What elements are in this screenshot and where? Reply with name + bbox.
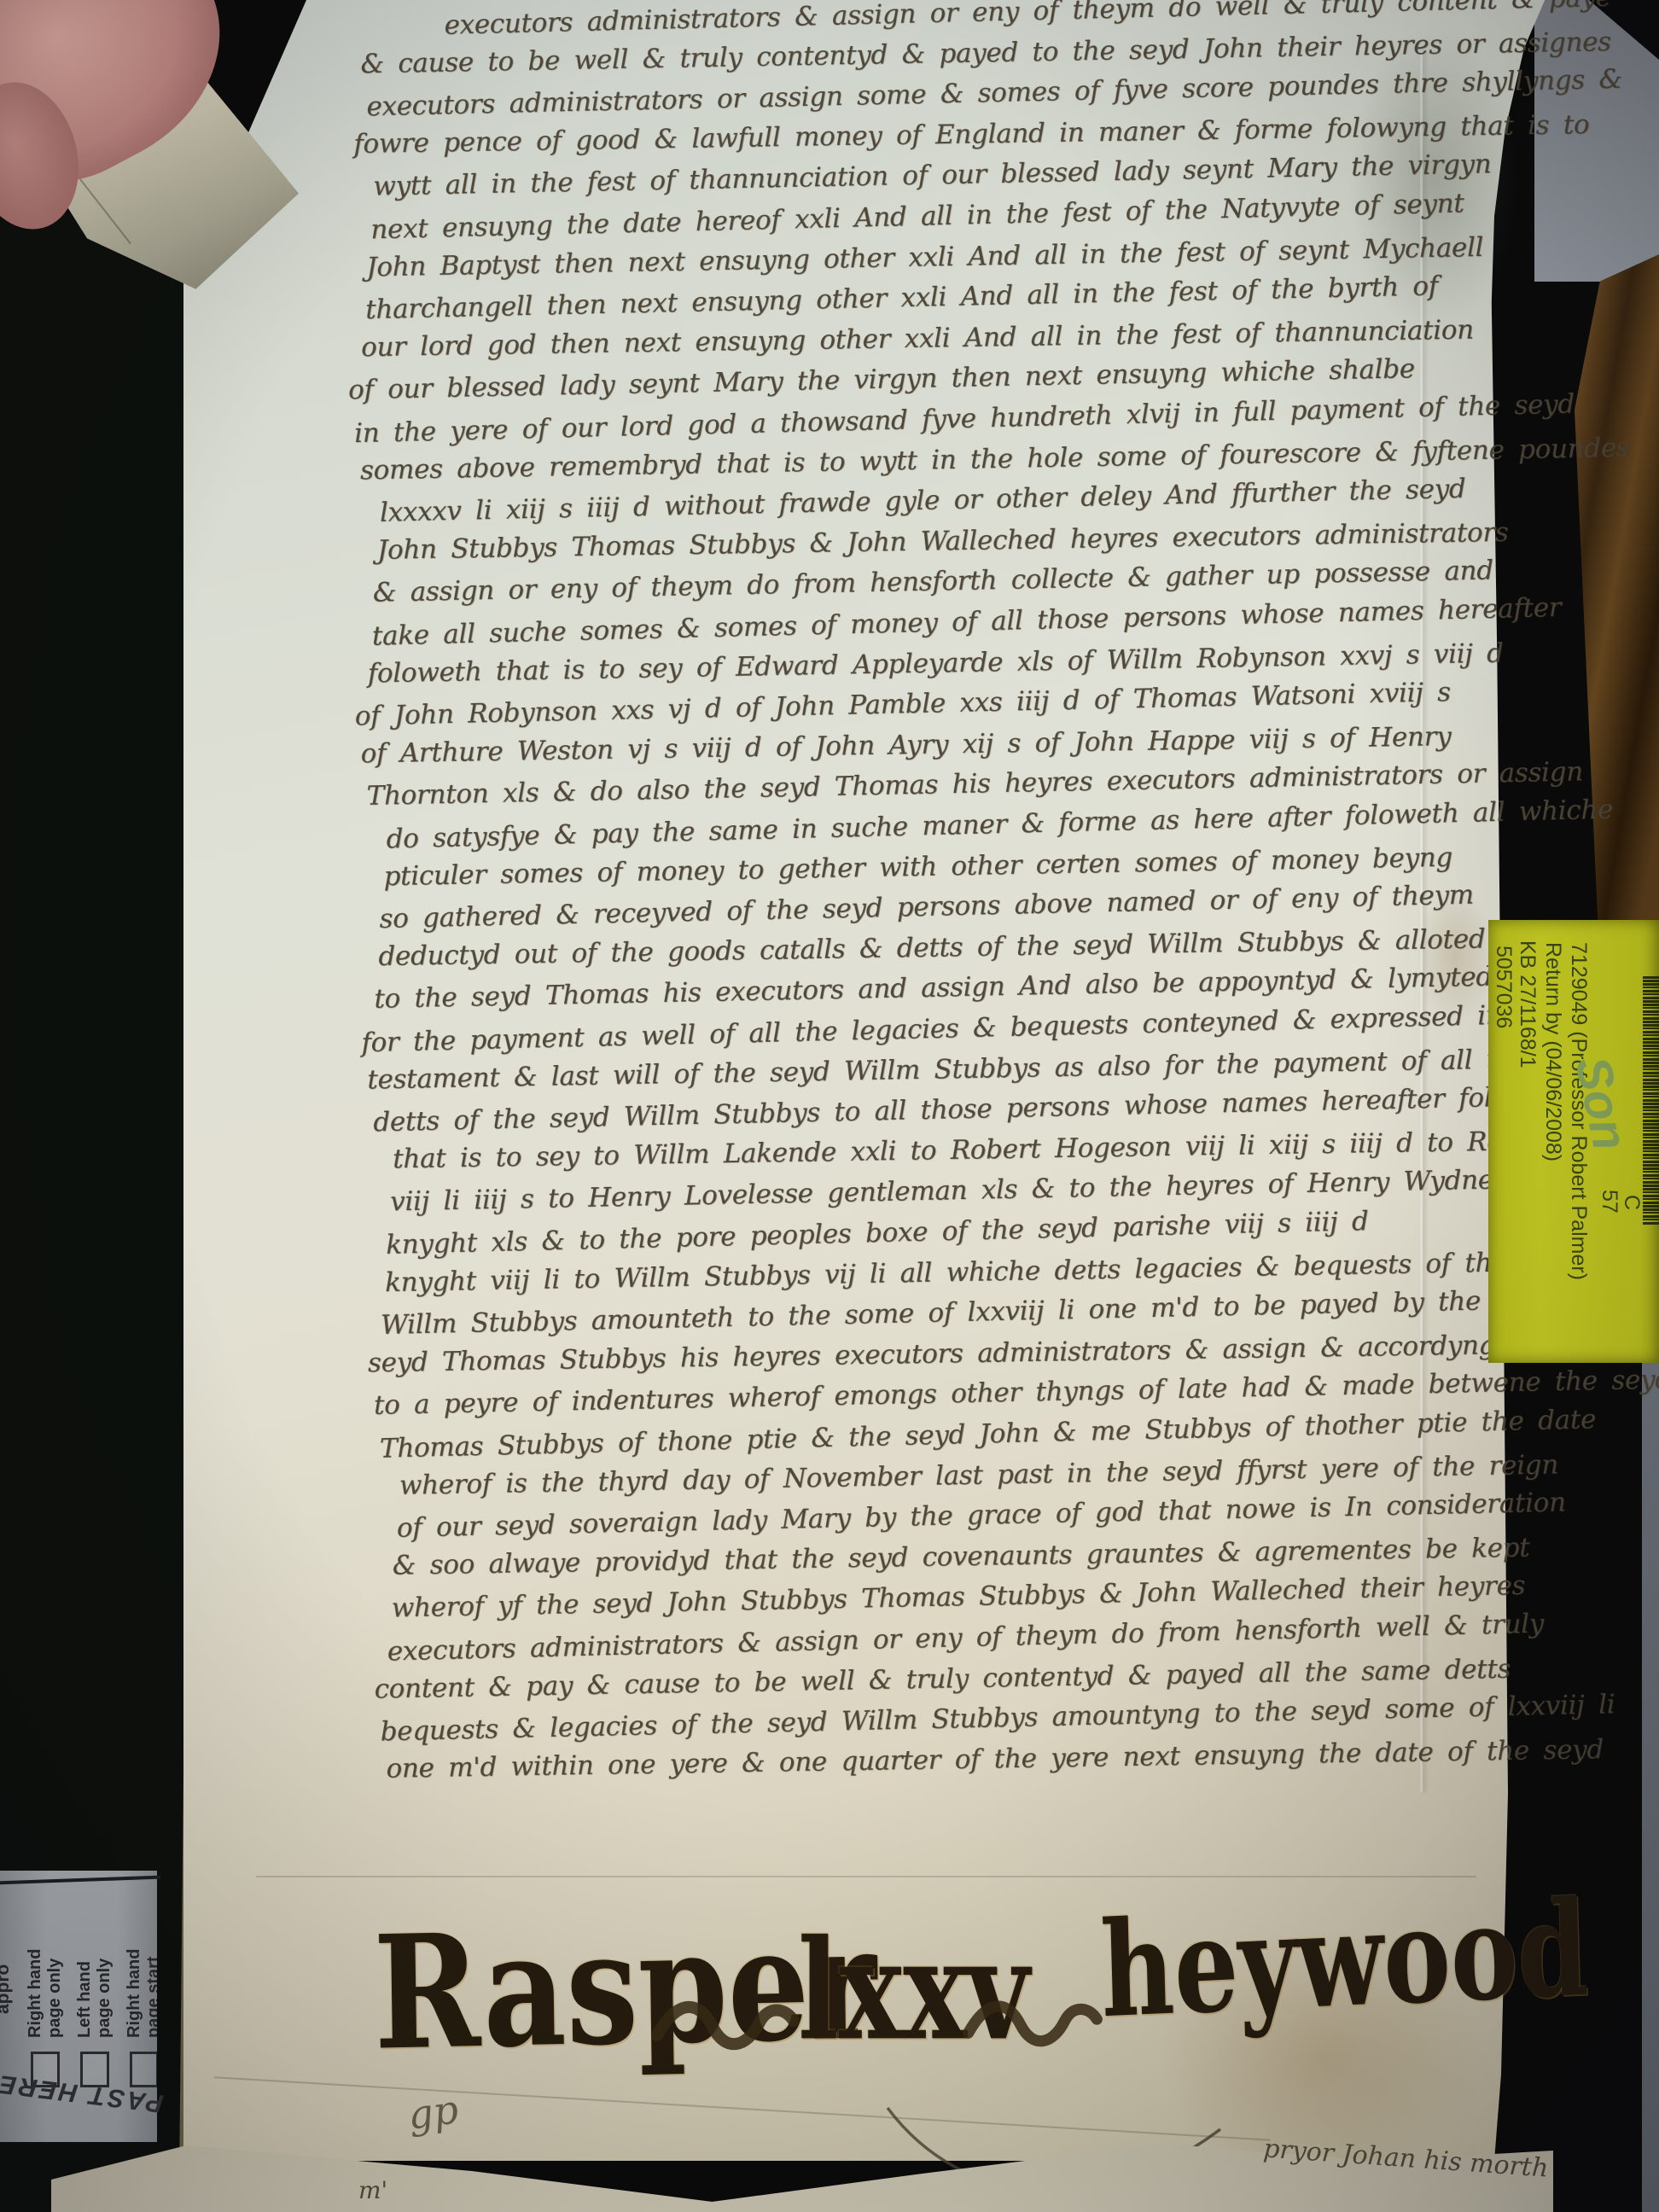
docket-small-mark: gp	[405, 2086, 462, 2139]
slip-order-number: 5057036	[1491, 946, 1516, 1028]
next-membrane-mark: m'	[358, 2176, 387, 2204]
slip-reference: KB 27/1168/1	[1515, 940, 1540, 1068]
docket-name-right: heywood	[1099, 1871, 1590, 2046]
slip-partial-word: appro	[0, 1965, 14, 2014]
checkbox-icon	[130, 2052, 157, 2087]
return-slip-face: C 57 7129049 (Professor Robert Palmer) R…	[1488, 920, 1659, 1363]
flourish-swash-icon	[964, 1987, 1101, 2055]
page-option-label: Right handpage only	[26, 1949, 65, 2038]
grey-surface-right-edge	[1642, 1359, 1659, 2212]
manuscript-text-block: executors administrators & assign or eny…	[354, 0, 1556, 1864]
flourish-swash-icon	[653, 1988, 798, 2057]
page-option-row: Left handpage only	[75, 1874, 123, 2087]
slip-corner-number: 57	[1597, 1190, 1621, 1214]
page-option-label: Right handpage start	[125, 1949, 157, 2038]
slip-return-by: Return by (04/06/2008)	[1540, 942, 1565, 1161]
page-option-row: Right handpage start	[125, 1874, 157, 2087]
barcode-icon	[1643, 976, 1659, 1225]
wooden-frame-edge	[1575, 254, 1659, 930]
parchment-crease	[256, 1876, 1476, 1877]
photo-scene: executors administrators & assign or eny…	[0, 0, 1659, 2212]
slip-corner-letter: C	[1619, 1195, 1644, 1210]
page-option-label: Left handpage only	[75, 1959, 114, 2038]
yellow-return-slip: C 57 7129049 (Professor Robert Palmer) R…	[1488, 920, 1659, 1363]
page-option-row: Right handpage only	[26, 1874, 73, 2087]
